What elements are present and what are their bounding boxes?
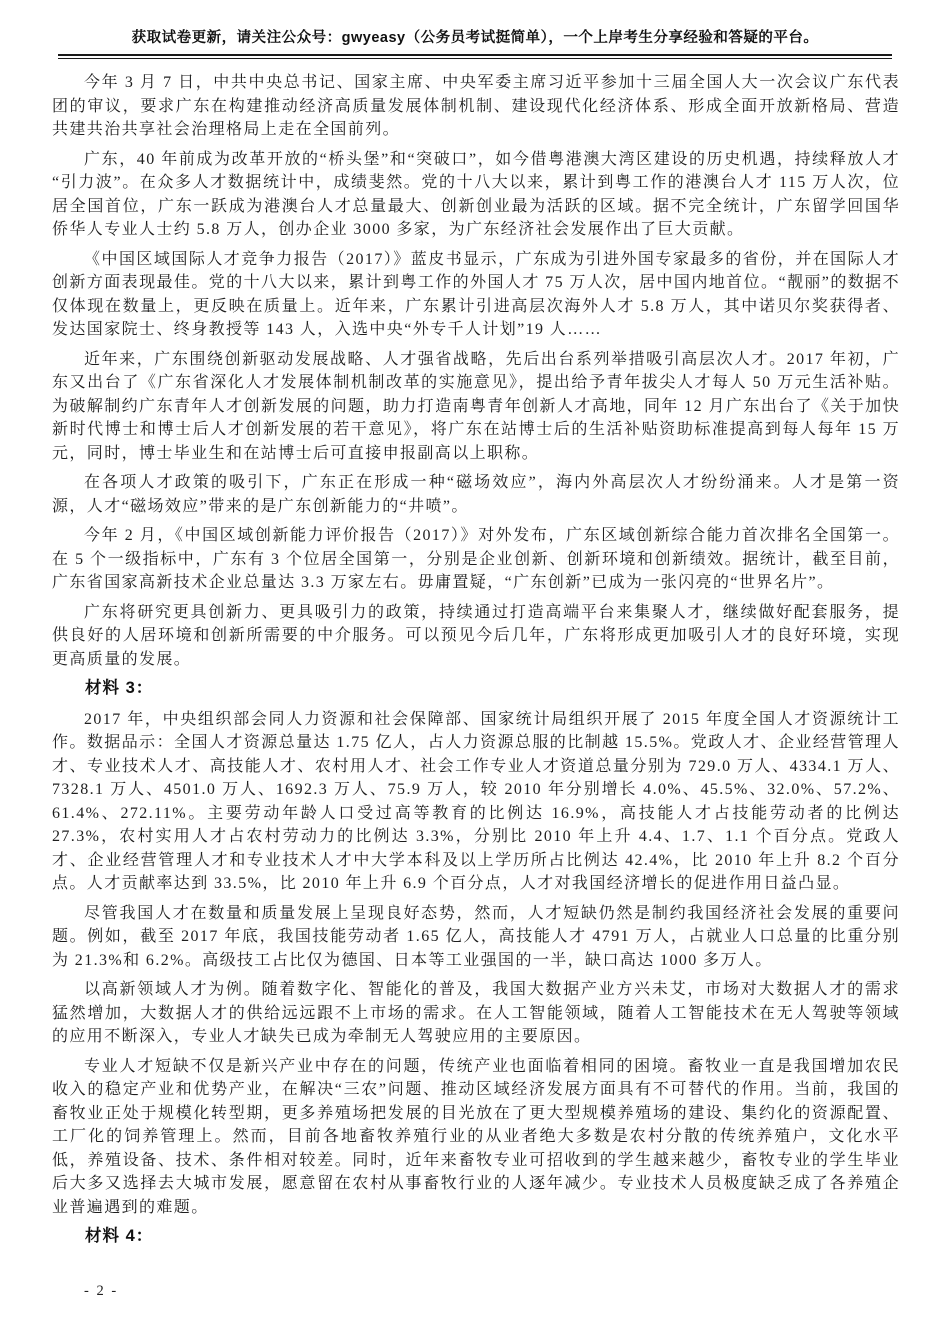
section-heading-material-4: 材料 4： — [52, 1225, 900, 1249]
page-number: - 2 - — [84, 1283, 118, 1300]
header-divider-rule — [58, 54, 892, 59]
paragraph-hightech-talent-example: 以高新领域人才为例。随着数字化、智能化的普及，我国大数据产业方兴未艾，市场对大数… — [52, 978, 900, 1049]
paragraph-magnet-effect: 在各项人才政策的吸引下，广东正在形成一种“磁场效应”，海内外高层次人才纷纷涌来。… — [52, 471, 900, 518]
paragraph-talent-competitiveness-report: 《中国区域国际人才竞争力报告（2017）》蓝皮书显示，广东成为引进外国专家最多的… — [52, 248, 900, 342]
header-notice: 获取试卷更新，请关注公众号：gwyeasy（公务员考试挺简单），一个上岸考生分享… — [0, 0, 950, 47]
paragraph-talent-policies: 近年来，广东围绕创新驱动发展战略、人才强省战略，先后出台系列举措吸引高层次人才。… — [52, 348, 900, 466]
paragraph-guangdong-reform: 广东，40 年前成为改革开放的“桥头堡”和“突破口”，如今借粤港澳大湾区建设的历… — [52, 148, 900, 242]
document-page: 获取试卷更新，请关注公众号：gwyeasy（公务员考试挺简单），一个上岸考生分享… — [0, 0, 950, 1344]
paragraph-innovation-ranking: 今年 2 月，《中国区域创新能力评价报告（2017）》对外发布，广东区域创新综合… — [52, 524, 900, 595]
paragraph-future-outlook: 广东将研究更具创新力、更具吸引力的政策，持续通过打造高端平台来集聚人才，继续做好… — [52, 601, 900, 672]
paragraph-xi-jinping-speech: 今年 3 月 7 日，中共中央总书记、国家主席、中央军委主席习近平参加十三届全国… — [52, 71, 900, 142]
paragraph-livestock-industry: 专业人才短缺不仅是新兴产业中存在的问题，传统产业也面临着相同的困境。畜牧业一直是… — [52, 1055, 900, 1220]
document-body: 今年 3 月 7 日，中共中央总书记、国家主席、中央军委主席习近平参加十三届全国… — [52, 71, 900, 1249]
paragraph-national-talent-statistics: 2017 年，中央组织部会同人力资源和社会保障部、国家统计局组织开展了 2015… — [52, 708, 900, 896]
paragraph-talent-shortage: 尽管我国人才在数量和质量发展上呈现良好态势，然而，人才短缺仍然是制约我国经济社会… — [52, 902, 900, 973]
section-heading-material-3: 材料 3： — [52, 677, 900, 701]
